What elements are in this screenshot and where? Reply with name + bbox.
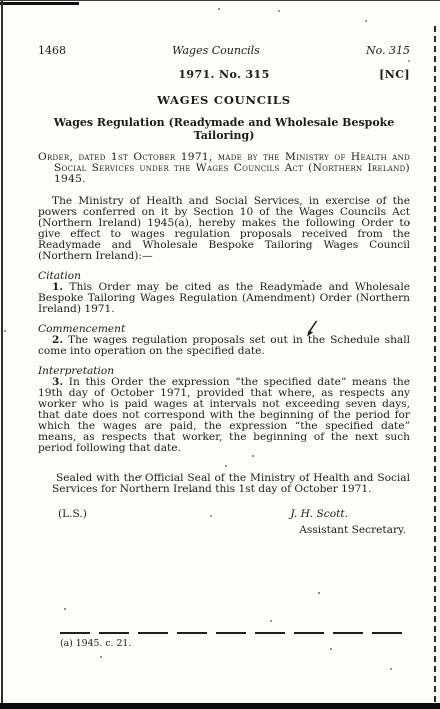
page-border-right: [434, 26, 436, 702]
section-paragraph-citation: 1. This Order may be cited as the Readym…: [38, 282, 410, 315]
order-rubric: Order, dated 1st October 1971, made by t…: [38, 152, 410, 186]
document-page: 1468 Wages Councils No. 315 1971. No. 31…: [0, 0, 440, 709]
signature-title: Assistant Secretary.: [38, 524, 410, 536]
nc-tag: [NC]: [379, 68, 410, 81]
page-border-top-thin: [0, 0, 440, 1]
mouse-cursor-icon: [305, 320, 319, 342]
page-border-bottom: [0, 703, 440, 709]
category-heading: WAGES COUNCILS: [38, 93, 410, 107]
footnote-area: (a) 1945. c. 21.: [38, 632, 410, 649]
sealing-clause: Sealed with the Official Seal of the Min…: [38, 473, 410, 495]
page-border-top-thick: [0, 2, 79, 5]
signature-row: (L.S.) J. H. Scott.: [38, 508, 410, 520]
running-title: Wages Councils: [172, 44, 260, 57]
section-body: In this Order the expression “the specif…: [38, 376, 410, 454]
footnote-rule: [60, 632, 410, 634]
document-number: 1971. No. 315: [178, 68, 269, 81]
section-paragraph-commencement: 2. The wages regulation proposals set ou…: [38, 335, 410, 357]
page-number: 1468: [38, 44, 66, 57]
document-number-line: 1971. No. 315 [NC]: [38, 68, 410, 81]
section-body: This Order may be cited as the Readymade…: [38, 281, 410, 315]
section-paragraph-interpretation: 3. In this Order the expression “the spe…: [38, 377, 410, 454]
scan-noise: [218, 8, 220, 10]
intro-paragraph: The Ministry of Health and Social Servic…: [38, 196, 410, 262]
footnote-text: (a) 1945. c. 21.: [60, 638, 410, 649]
document-content: 1468 Wages Councils No. 315 1971. No. 31…: [38, 44, 410, 536]
page-border-left: [1, 1, 3, 708]
signature-name: J. H. Scott.: [290, 508, 348, 520]
seal-mark: (L.S.): [38, 508, 87, 520]
running-header: 1468 Wages Councils No. 315: [38, 44, 410, 57]
section-body: The wages regulation proposals set out i…: [38, 334, 410, 357]
running-number: No. 315: [366, 44, 410, 57]
document-title: Wages Regulation (Readymade and Wholesal…: [38, 116, 410, 142]
